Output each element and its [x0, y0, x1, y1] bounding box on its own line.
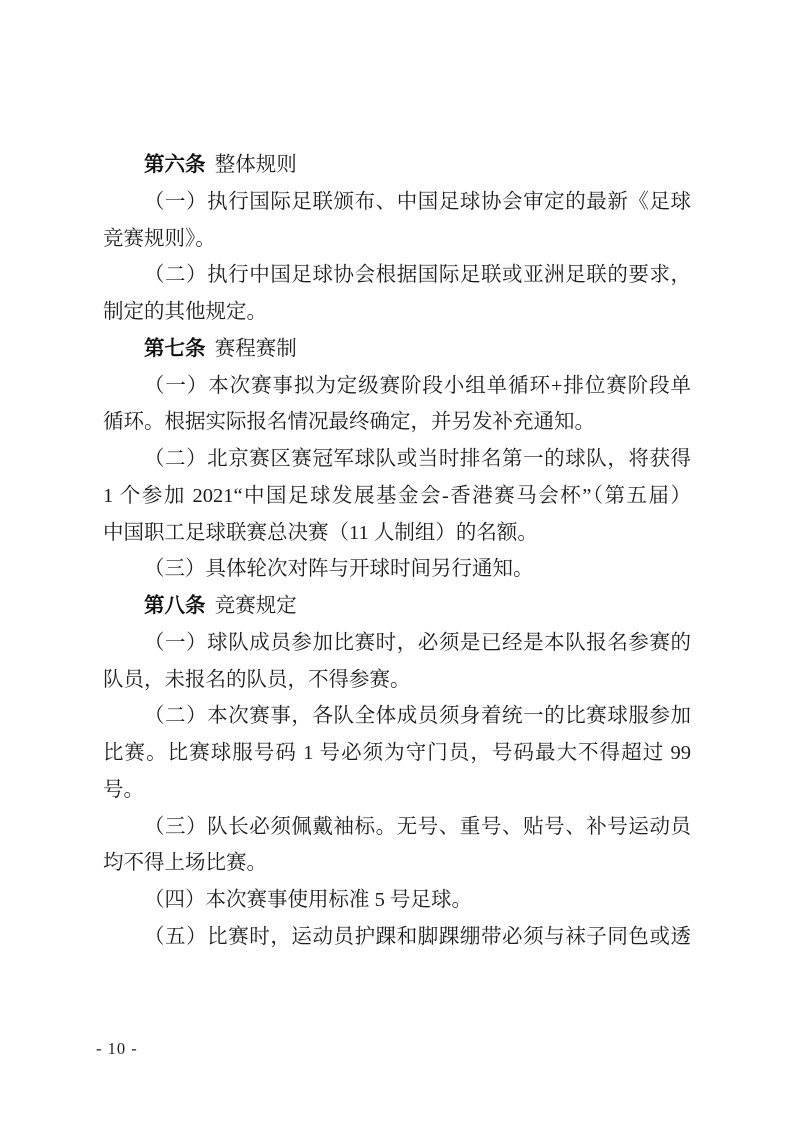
document-line: 中国职工足球联赛总决赛（11 人制组）的名额。 [103, 515, 691, 552]
article-title: 赛程赛制 [215, 338, 297, 360]
article-title: 整体规则 [215, 154, 297, 176]
document-body: 第六条整体规则（一）执行国际足联颁布、中国足球协会审定的最新《足球竞赛规则》。（… [103, 147, 691, 956]
article-heading: 第八条竞赛规定 [103, 588, 691, 625]
page-number: - 10 - [96, 1038, 138, 1060]
document-line: （二）执行中国足球协会根据国际足联或亚洲足联的要求， [103, 257, 691, 294]
document-line: （一）球队成员参加比赛时，必须是已经是本队报名参赛的 [103, 625, 691, 662]
article-number: 第七条 [144, 337, 206, 360]
document-line: 制定的其他规定。 [103, 294, 691, 331]
article-number: 第八条 [144, 594, 206, 617]
article-heading: 第七条赛程赛制 [103, 331, 691, 368]
document-line: 队员，未报名的队员，不得参赛。 [103, 662, 691, 699]
document-page: 第六条整体规则（一）执行国际足联颁布、中国足球协会审定的最新《足球竞赛规则》。（… [0, 0, 794, 1123]
document-line: （一）执行国际足联颁布、中国足球协会审定的最新《足球 [103, 184, 691, 221]
document-line: （二）本次赛事，各队全体成员须身着统一的比赛球服参加 [103, 698, 691, 735]
article-heading: 第六条整体规则 [103, 147, 691, 184]
document-line: （五）比赛时，运动员护踝和脚踝绷带必须与袜子同色或透 [103, 919, 691, 956]
document-line: （三）队长必须佩戴袖标。无号、重号、贴号、补号运动员 [103, 809, 691, 846]
document-line: 1 个参加 2021“中国足球发展基金会-香港赛马会杯”（第五届） [103, 478, 691, 515]
document-line: （四）本次赛事使用标准 5 号足球。 [103, 882, 691, 919]
document-line: （一）本次赛事拟为定级赛阶段小组单循环+排位赛阶段单 [103, 368, 691, 405]
document-line: 比赛。比赛球服号码 1 号必须为守门员，号码最大不得超过 99 [103, 735, 691, 772]
document-line: 循环。根据实际报名情况最终确定，并另发补充通知。 [103, 404, 691, 441]
document-line: （二）北京赛区赛冠军球队或当时排名第一的球队，将获得 [103, 441, 691, 478]
document-line: 号。 [103, 772, 691, 809]
article-number: 第六条 [144, 153, 206, 176]
document-line: 均不得上场比赛。 [103, 845, 691, 882]
document-line: 竞赛规则》。 [103, 221, 691, 258]
article-title: 竞赛规定 [215, 595, 297, 617]
document-line: （三）具体轮次对阵与开球时间另行通知。 [103, 551, 691, 588]
